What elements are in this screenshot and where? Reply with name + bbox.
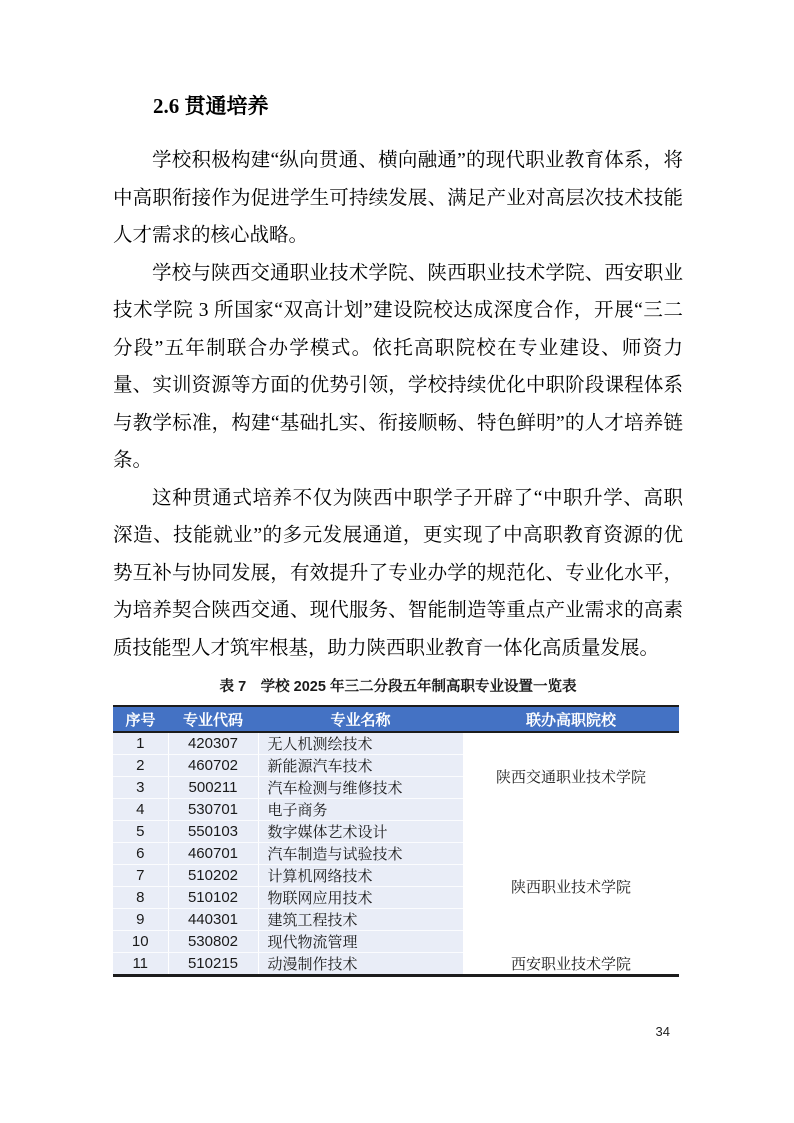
cell-major: 数字媒体艺术设计 bbox=[258, 821, 463, 843]
cell-code: 550103 bbox=[168, 821, 258, 843]
cell-major: 物联网应用技术 bbox=[258, 887, 463, 909]
cell-index: 11 bbox=[113, 953, 168, 976]
cell-college-group-2: 陕西职业技术学院 bbox=[463, 821, 679, 953]
table-header-row: 序号 专业代码 专业名称 联办高职院校 bbox=[113, 706, 679, 732]
paragraph-1: 学校积极构建“纵向贯通、横向融通”的现代职业教育体系，将中高职衔接作为促进学生可… bbox=[113, 142, 683, 255]
table-caption: 表 7 学校 2025 年三二分段五年制高职专业设置一览表 bbox=[113, 675, 683, 696]
cell-index: 2 bbox=[113, 755, 168, 777]
cell-index: 6 bbox=[113, 843, 168, 865]
cell-index: 7 bbox=[113, 865, 168, 887]
cell-index: 3 bbox=[113, 777, 168, 799]
cell-major: 计算机网络技术 bbox=[258, 865, 463, 887]
header-cell-code: 专业代码 bbox=[168, 706, 258, 732]
majors-table: 序号 专业代码 专业名称 联办高职院校 1 420307 无人机测绘技术 陕西交… bbox=[113, 705, 679, 977]
cell-code: 530701 bbox=[168, 799, 258, 821]
header-cell-major: 专业名称 bbox=[258, 706, 463, 732]
cell-code: 440301 bbox=[168, 909, 258, 931]
cell-code: 510202 bbox=[168, 865, 258, 887]
cell-index: 10 bbox=[113, 931, 168, 953]
cell-code: 500211 bbox=[168, 777, 258, 799]
cell-index: 1 bbox=[113, 732, 168, 755]
section-heading: 2.6 贯通培养 bbox=[153, 90, 683, 120]
cell-code: 510102 bbox=[168, 887, 258, 909]
cell-index: 4 bbox=[113, 799, 168, 821]
paragraph-2: 学校与陕西交通职业技术学院、陕西职业技术学院、西安职业技术学院 3 所国家“双高… bbox=[113, 255, 683, 480]
header-cell-college: 联办高职院校 bbox=[463, 706, 679, 732]
cell-major: 动漫制作技术 bbox=[258, 953, 463, 976]
cell-code: 460702 bbox=[168, 755, 258, 777]
table-row: 1 420307 无人机测绘技术 陕西交通职业技术学院 bbox=[113, 732, 679, 755]
cell-major: 汽车检测与维修技术 bbox=[258, 777, 463, 799]
cell-major: 电子商务 bbox=[258, 799, 463, 821]
cell-major: 无人机测绘技术 bbox=[258, 732, 463, 755]
cell-college-group-3: 西安职业技术学院 bbox=[463, 953, 679, 976]
cell-major: 现代物流管理 bbox=[258, 931, 463, 953]
cell-college-group-1: 陕西交通职业技术学院 bbox=[463, 732, 679, 821]
page-number: 34 bbox=[656, 1024, 670, 1039]
table-row: 5 550103 数字媒体艺术设计 陕西职业技术学院 bbox=[113, 821, 679, 843]
cell-major: 新能源汽车技术 bbox=[258, 755, 463, 777]
cell-code: 460701 bbox=[168, 843, 258, 865]
cell-index: 8 bbox=[113, 887, 168, 909]
paragraph-3: 这种贯通式培养不仅为陕西中职学子开辟了“中职升学、高职深造、技能就业”的多元发展… bbox=[113, 480, 683, 668]
cell-major: 建筑工程技术 bbox=[258, 909, 463, 931]
cell-code: 510215 bbox=[168, 953, 258, 976]
cell-code: 420307 bbox=[168, 732, 258, 755]
document-page: 2.6 贯通培养 学校积极构建“纵向贯通、横向融通”的现代职业教育体系，将中高职… bbox=[0, 0, 794, 1123]
cell-major: 汽车制造与试验技术 bbox=[258, 843, 463, 865]
header-cell-index: 序号 bbox=[113, 706, 168, 732]
cell-index: 9 bbox=[113, 909, 168, 931]
cell-code: 530802 bbox=[168, 931, 258, 953]
table-row: 11 510215 动漫制作技术 西安职业技术学院 bbox=[113, 953, 679, 976]
cell-index: 5 bbox=[113, 821, 168, 843]
